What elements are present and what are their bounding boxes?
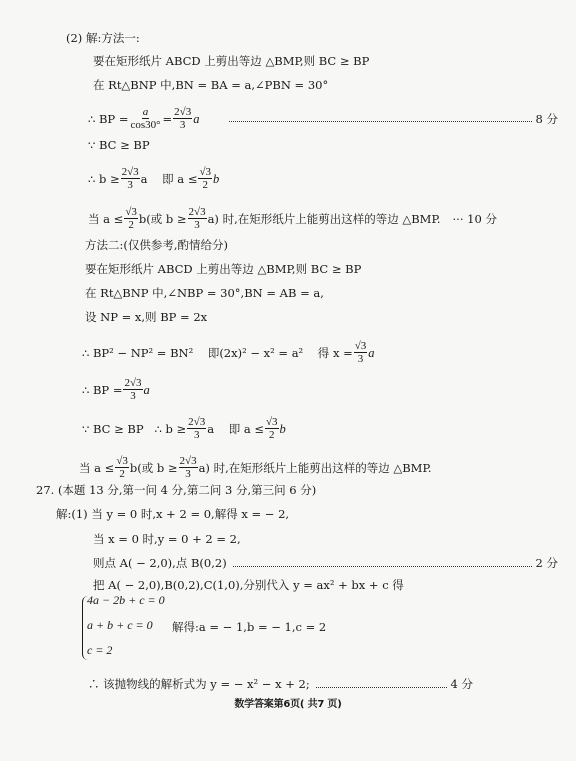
leader-dots bbox=[316, 687, 447, 688]
fraction: acos30° bbox=[129, 106, 161, 131]
fraction: √32 bbox=[198, 166, 212, 191]
fraction-den: 3 bbox=[129, 390, 137, 402]
fraction-num: 2√3 bbox=[121, 166, 140, 179]
text: ∴ BP = bbox=[82, 383, 122, 397]
m1-line1-text: 要在矩形纸片 ABCD 上剪出等边 △BMP,则 BC ≥ BP bbox=[93, 54, 369, 68]
var-b: b bbox=[213, 172, 219, 186]
fraction-den: 3 bbox=[179, 119, 187, 131]
m2-line6: ∵ BC ≥ BP ∴ b ≥ 2√33 a 即 a ≤ √32 b bbox=[82, 416, 286, 441]
text: a 即 a ≤ bbox=[207, 422, 264, 436]
text: a) 时,在矩形纸片上能剪出这样的等边 △BMP. bbox=[208, 212, 441, 226]
m2-heading: 方法二:(仅供参考,酌情给分) bbox=[85, 238, 228, 252]
fraction-den: 2 bbox=[118, 468, 126, 480]
text: 当 a ≤ bbox=[79, 461, 114, 475]
fraction: 2√33 bbox=[188, 206, 207, 231]
fraction: √32 bbox=[265, 416, 279, 441]
fraction: √32 bbox=[124, 206, 138, 231]
fraction-den: 3 bbox=[193, 219, 201, 231]
m2-line4: ∴ BP² − NP² = BN² 即(2x)² − x² = a² 得 x =… bbox=[82, 340, 375, 365]
fraction: 2√33 bbox=[179, 455, 198, 480]
fraction-num: √3 bbox=[265, 416, 279, 429]
m2-heading-text: 方法二:(仅供参考,酌情给分) bbox=[85, 238, 228, 252]
text: 设 NP = x,则 BP = 2x bbox=[85, 310, 207, 324]
q27-line1: 解:(1) 当 y = 0 时,x + 2 = 0,解得 x = − 2, bbox=[56, 507, 289, 521]
m2-line5: ∴ BP = 2√33 a bbox=[82, 377, 150, 402]
part2-heading: (2) 解:方法一: bbox=[66, 31, 140, 45]
q27-heading-text: 27. (本题 13 分,第一问 4 分,第二问 3 分,第三问 6 分) bbox=[36, 483, 316, 497]
fraction-num: √3 bbox=[124, 206, 138, 219]
fraction-num: a bbox=[142, 106, 150, 119]
fraction: √32 bbox=[115, 455, 129, 480]
q27-line4: 把 A( − 2,0),B(0,2),C(1,0),分别代入 y = ax² +… bbox=[93, 578, 404, 592]
q27-heading: 27. (本题 13 分,第一问 4 分,第二问 3 分,第三问 6 分) bbox=[36, 483, 316, 497]
m2-line7: 当 a ≤ √32 b(或 b ≥ 2√33 a) 时,在矩形纸片上能剪出这样的… bbox=[79, 455, 432, 480]
fraction-den: 3 bbox=[193, 429, 201, 441]
text: 当 a ≤ bbox=[88, 212, 123, 226]
score-label: 4 分 bbox=[451, 677, 473, 691]
var-a: a bbox=[368, 346, 374, 360]
fraction-num: 2√3 bbox=[123, 377, 142, 390]
bp-lhs: ∴ BP = bbox=[88, 112, 128, 126]
fraction-num: √3 bbox=[354, 340, 368, 353]
text: 则点 A( − 2,0),点 B(0,2) bbox=[93, 556, 227, 570]
text: ∴ b ≥ bbox=[88, 172, 120, 186]
fraction-num: 2√3 bbox=[179, 455, 198, 468]
text: b(或 b ≥ bbox=[139, 212, 187, 226]
m1-line3: ∴ BP = acos30° = 2√33 a 8 分 bbox=[88, 106, 558, 131]
fraction-num: √3 bbox=[198, 166, 212, 179]
fraction: 2√33 bbox=[123, 377, 142, 402]
equation-2: a + b + c = 0 bbox=[87, 618, 153, 633]
fraction-num: 2√3 bbox=[187, 416, 206, 429]
text: 把 A( − 2,0),B(0,2),C(1,0),分别代入 y = ax² +… bbox=[93, 578, 404, 592]
m1-line4-text: ∵ BC ≥ BP bbox=[88, 138, 150, 152]
m2-line1: 要在矩形纸片 ABCD 上剪出等边 △BMP,则 BC ≥ BP bbox=[85, 262, 361, 276]
fraction-den: 2 bbox=[268, 429, 276, 441]
text: a 即 a ≤ bbox=[141, 172, 198, 186]
leader-dots bbox=[229, 121, 531, 122]
q27-line2: 当 x = 0 时,y = 0 + 2 = 2, bbox=[93, 532, 241, 546]
text: ∴ BP² − NP² = BN² 即(2x)² − x² = a² 得 x = bbox=[82, 346, 353, 360]
equation-3: c = 2 bbox=[87, 643, 112, 658]
conclusion-text: ∴ 该抛物线的解析式为 y = − x² − x + 2; bbox=[88, 677, 310, 691]
var-a: a bbox=[193, 112, 199, 126]
fraction-num: 2√3 bbox=[173, 106, 192, 119]
m1-line6: 当 a ≤ √32 b(或 b ≥ 2√33 a) 时,在矩形纸片上能剪出这样的… bbox=[88, 206, 497, 231]
text: 要在矩形纸片 ABCD 上剪出等边 △BMP,则 BC ≥ BP bbox=[85, 262, 361, 276]
text: a) 时,在矩形纸片上能剪出这样的等边 △BMP. bbox=[199, 461, 432, 475]
fraction-num: 2√3 bbox=[188, 206, 207, 219]
solution-line: 解得:a = − 1,b = − 1,c = 2 bbox=[172, 620, 326, 634]
m1-line4: ∵ BC ≥ BP bbox=[88, 138, 150, 152]
fraction-den: 2 bbox=[201, 179, 209, 191]
m1-line5: ∴ b ≥ 2√33 a 即 a ≤ √32 b bbox=[88, 166, 219, 191]
equals: = bbox=[163, 112, 173, 126]
fraction-den: cos30° bbox=[129, 119, 161, 131]
score-label: 8 分 bbox=[536, 112, 558, 126]
score-label: ··· 10 分 bbox=[453, 212, 497, 226]
m1-line2-text: 在 Rt△BNP 中,BN = BA = a,∠PBN = 30° bbox=[93, 78, 328, 92]
solution-text: 解得:a = − 1,b = − 1,c = 2 bbox=[172, 620, 326, 634]
page-footer: 数学答案第6页( 共7 页) bbox=[0, 695, 576, 710]
fraction: 2√33 bbox=[187, 416, 206, 441]
m2-line2: 在 Rt△BNP 中,∠NBP = 30°,BN = AB = a, bbox=[85, 286, 324, 300]
equation-1: 4a − 2b + c = 0 bbox=[87, 593, 165, 608]
fraction-den: 2 bbox=[127, 219, 135, 231]
var-a: a bbox=[144, 383, 150, 397]
part2-heading-text: (2) 解:方法一: bbox=[66, 31, 140, 45]
answer-key-page: (2) 解:方法一: 要在矩形纸片 ABCD 上剪出等边 △BMP,则 BC ≥… bbox=[0, 0, 576, 761]
text: ∵ BC ≥ BP ∴ b ≥ bbox=[82, 422, 186, 436]
text: 当 x = 0 时,y = 0 + 2 = 2, bbox=[93, 532, 241, 546]
fraction-den: 3 bbox=[357, 353, 365, 365]
q27-line3: 则点 A( − 2,0),点 B(0,2) 2 分 bbox=[93, 556, 558, 570]
text: 在 Rt△BNP 中,∠NBP = 30°,BN = AB = a, bbox=[85, 286, 324, 300]
fraction-den: 3 bbox=[126, 179, 134, 191]
m2-line3: 设 NP = x,则 BP = 2x bbox=[85, 310, 207, 324]
fraction-den: 3 bbox=[184, 468, 192, 480]
var-b: b bbox=[280, 422, 286, 436]
leader-dots bbox=[233, 566, 532, 567]
text: 解:(1) 当 y = 0 时,x + 2 = 0,解得 x = − 2, bbox=[56, 507, 289, 521]
fraction: 2√33 bbox=[173, 106, 192, 131]
text: b(或 b ≥ bbox=[130, 461, 178, 475]
fraction: 2√33 bbox=[121, 166, 140, 191]
conclusion-line: ∴ 该抛物线的解析式为 y = − x² − x + 2; 4 分 bbox=[88, 677, 473, 691]
score-label: 2 分 bbox=[536, 556, 558, 570]
m1-line2: 在 Rt△BNP 中,BN = BA = a,∠PBN = 30° bbox=[93, 78, 328, 92]
fraction-num: √3 bbox=[115, 455, 129, 468]
m1-line1: 要在矩形纸片 ABCD 上剪出等边 △BMP,则 BC ≥ BP bbox=[93, 54, 369, 68]
fraction: √33 bbox=[354, 340, 368, 365]
